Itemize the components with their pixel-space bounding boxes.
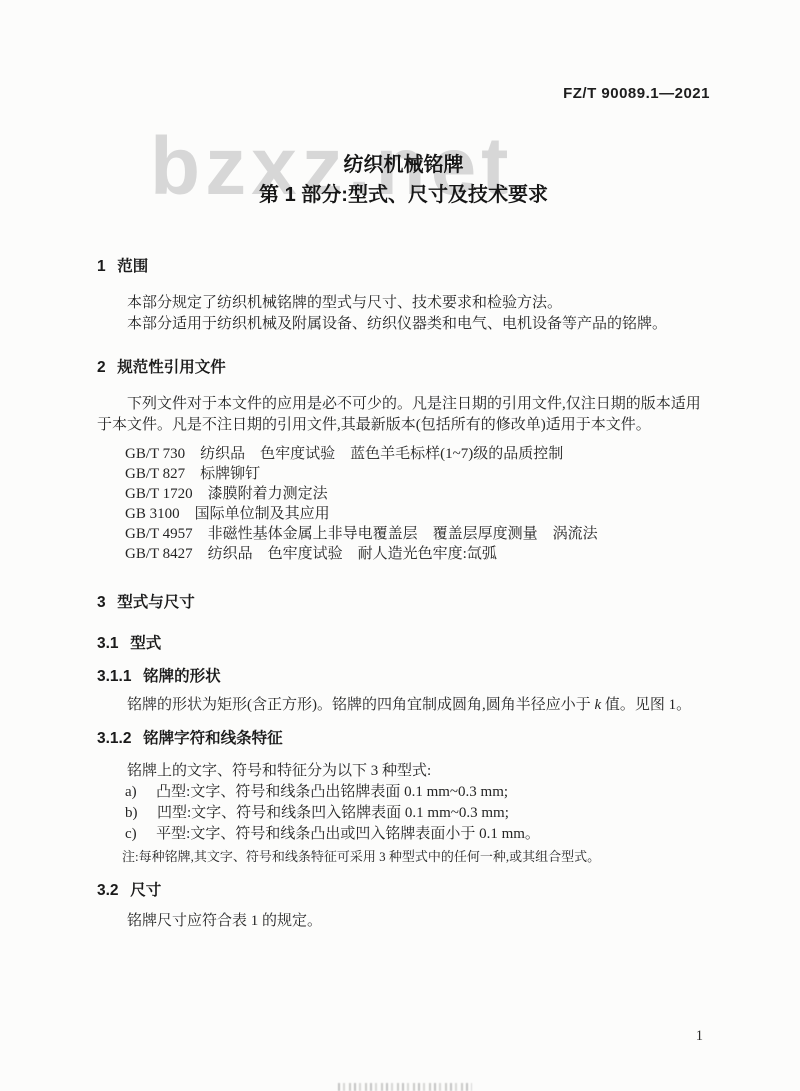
scope-paragraph-1: 本部分规定了纺织机械铭牌的型式与尺寸、技术要求和检验方法。: [97, 293, 710, 314]
section-1-number: 1: [97, 258, 106, 275]
section-1-title: 范围: [117, 258, 148, 275]
list-marker-a: a): [125, 784, 137, 800]
list-text-a: 凸型:文字、符号和线条凸出铭牌表面 0.1 mm~0.3 mm;: [156, 784, 508, 800]
section-3-1-number: 3.1: [97, 635, 119, 652]
character-types-intro: 铭牌上的文字、符号和特征分为以下 3 种型式:: [97, 761, 710, 782]
list-text-b: 凹型:文字、符号和线条凹入铭牌表面 0.1 mm~0.3 mm;: [157, 805, 509, 821]
title-line-2: 第 1 部分:型式、尺寸及技术要求: [97, 180, 710, 210]
section-3-1-1-number: 3.1.1: [97, 668, 131, 685]
refs-intro-paragraph: 下列文件对于本文件的应用是必不可少的。凡是注日期的引用文件,仅注日期的版本适用于…: [97, 394, 710, 436]
section-3-1-1-heading: 3.1.1铭牌的形状: [97, 666, 710, 687]
size-paragraph: 铭牌尺寸应符合表 1 的规定。: [97, 911, 710, 932]
list-marker-b: b): [125, 805, 138, 821]
list-marker-c: c): [125, 826, 137, 842]
page-number: 1: [696, 1028, 703, 1045]
note-line: 注:每种铭牌,其文字、符号和线条特征可采用 3 种型式中的任何一种,或其组合型式…: [97, 848, 710, 866]
references-list: GB/T 730 纺织品 色牢度试验 蓝色羊毛标样(1~7)级的品质控制 GB/…: [97, 444, 710, 564]
section-3-2-number: 3.2: [97, 882, 119, 899]
nameplate-shape-paragraph: 铭牌的形状为矩形(含正方形)。铭牌的四角宜制成圆角,圆角半径应小于 k 值。见图…: [97, 695, 710, 716]
list-item-c: c)平型:文字、符号和线条凸出或凹入铭牌表面小于 0.1 mm。: [125, 824, 710, 845]
reference-item: GB/T 1720 漆膜附着力测定法: [125, 484, 710, 504]
section-3-2-title: 尺寸: [130, 882, 161, 899]
reference-item: GB 3100 国际单位制及其应用: [125, 504, 710, 524]
title-line-1: 纺织机械铭牌: [97, 150, 710, 180]
section-2-title: 规范性引用文件: [117, 359, 226, 376]
list-item-a: a)凸型:文字、符号和线条凸出铭牌表面 0.1 mm~0.3 mm;: [125, 782, 710, 803]
reference-item: GB/T 8427 纺织品 色牢度试验 耐人造光色牢度:氙弧: [125, 544, 710, 564]
section-3-number: 3: [97, 594, 106, 611]
section-1-heading: 1范围: [97, 256, 710, 277]
reference-item: GB/T 730 纺织品 色牢度试验 蓝色羊毛标样(1~7)级的品质控制: [125, 444, 710, 464]
page-bottom-cutoff-text: [338, 1083, 472, 1091]
section-3-1-1-title: 铭牌的形状: [143, 668, 221, 685]
shape-paragraph-text: 铭牌的形状为矩形(含正方形)。铭牌的四角宜制成圆角,圆角半径应小于: [127, 697, 595, 713]
document-page: bzxz.net FZ/T 90089.1—2021 纺织机械铭牌 第 1 部分…: [0, 0, 800, 1091]
section-3-heading: 3型式与尺寸: [97, 592, 710, 613]
section-3-1-heading: 3.1型式: [97, 633, 710, 654]
list-text-c: 平型:文字、符号和线条凸出或凹入铭牌表面小于 0.1 mm。: [156, 826, 540, 842]
document-title: 纺织机械铭牌 第 1 部分:型式、尺寸及技术要求: [97, 150, 710, 210]
section-2-heading: 2规范性引用文件: [97, 357, 710, 378]
section-2-number: 2: [97, 359, 106, 376]
reference-item: GB/T 827 标牌铆钉: [125, 464, 710, 484]
section-3-1-2-number: 3.1.2: [97, 730, 131, 747]
list-item-b: b)凹型:文字、符号和线条凹入铭牌表面 0.1 mm~0.3 mm;: [125, 803, 710, 824]
type-list: a)凸型:文字、符号和线条凸出铭牌表面 0.1 mm~0.3 mm; b)凹型:…: [97, 782, 710, 845]
section-3-2-heading: 3.2尺寸: [97, 880, 710, 901]
section-3-1-title: 型式: [130, 635, 161, 652]
section-3-title: 型式与尺寸: [117, 594, 195, 611]
scope-paragraph-2: 本部分适用于纺织机械及附属设备、纺织仪器类和电气、电机设备等产品的铭牌。: [97, 314, 710, 335]
section-3-1-2-heading: 3.1.2铭牌字符和线条特征: [97, 728, 710, 749]
section-3-1-2-title: 铭牌字符和线条特征: [143, 730, 283, 747]
standard-number: FZ/T 90089.1—2021: [97, 0, 710, 104]
shape-paragraph-tail: 值。见图 1。: [601, 697, 691, 713]
reference-item: GB/T 4957 非磁性基体金属上非导电覆盖层 覆盖层厚度测量 涡流法: [125, 524, 710, 544]
